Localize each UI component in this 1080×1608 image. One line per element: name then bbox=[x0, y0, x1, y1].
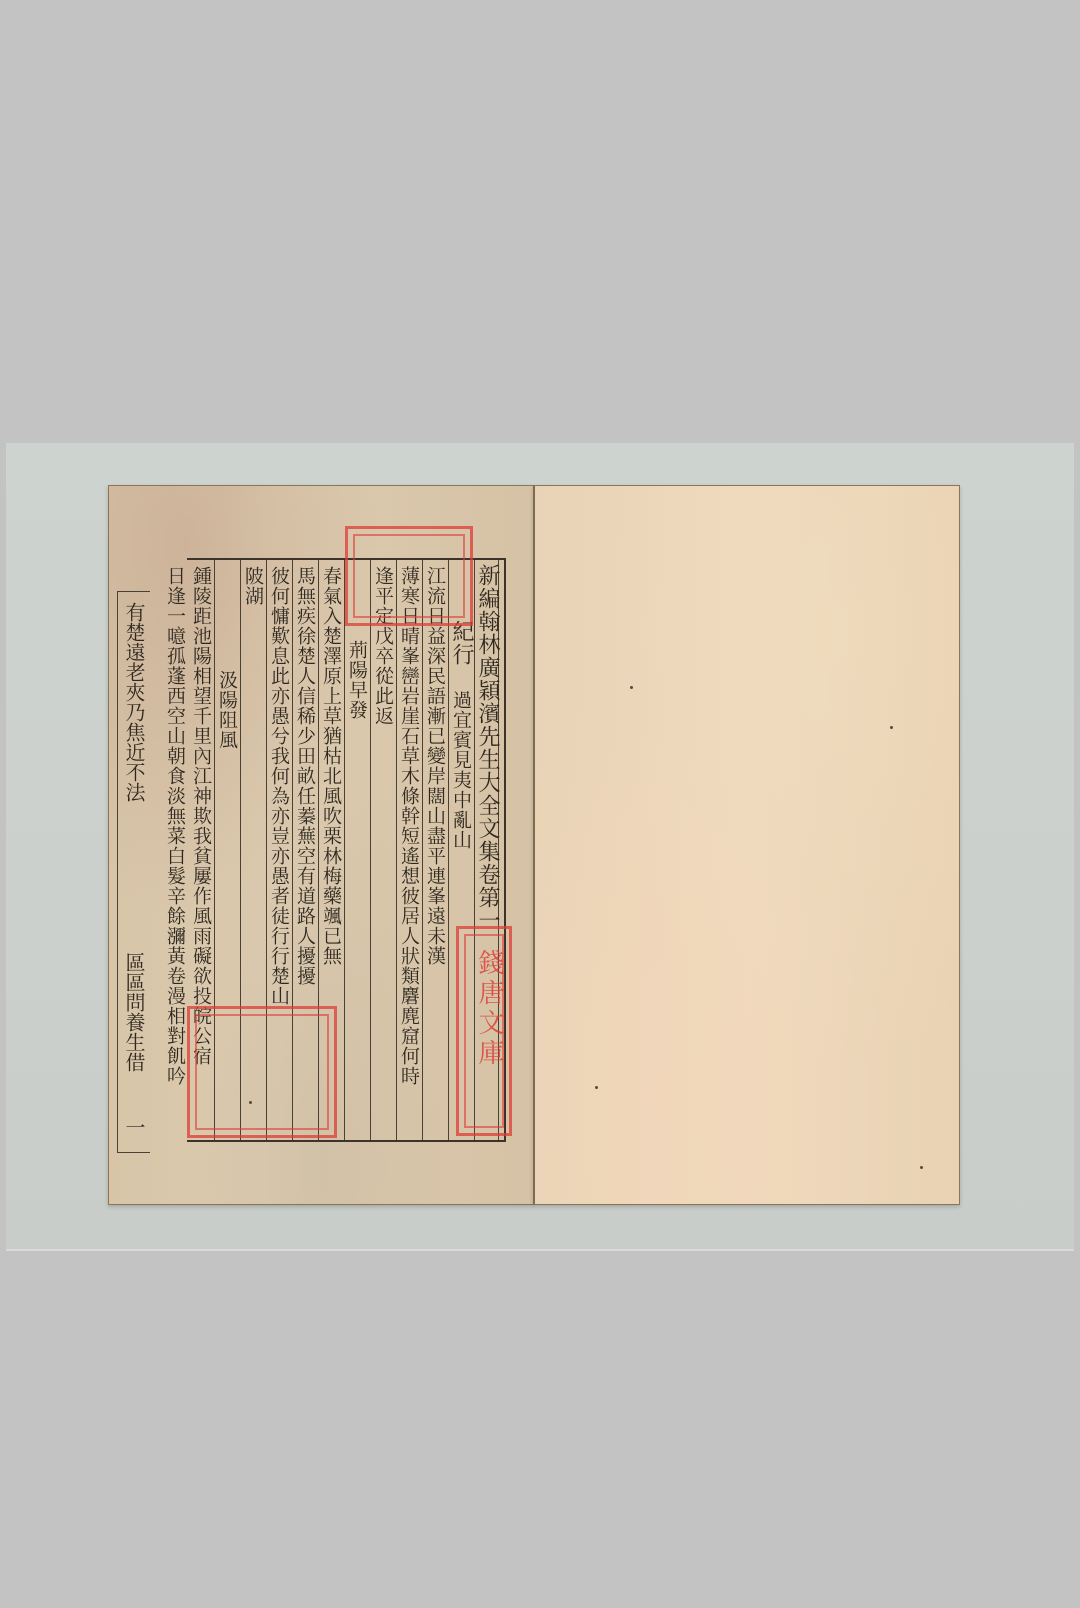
margin-note: 有楚遠老夾乃焦近不法 bbox=[123, 602, 145, 802]
right-page-blank bbox=[533, 485, 960, 1205]
text-column-7: 馬無疾徐楚人信稀少田畝任蓁蕪空有道路人擾擾 bbox=[293, 566, 317, 986]
image-viewer: 新編翰林廣穎濱先生大全文集卷第一 紀行 過宜賓見夷中亂山 江流日益深民語漸已變岸… bbox=[0, 0, 1080, 1608]
text-column-6: 春氣入楚澤原上草猶枯北風吹栗林梅藥颯已無 bbox=[319, 566, 343, 966]
text-column-12: 日逢一噫孤蓬西空山朝食淡無菜白髮辛餘瀰黃卷漫相對飢吟 bbox=[163, 566, 187, 1086]
margin-note-box: 有楚遠老夾乃焦近不法 區區問養生借 一 bbox=[117, 591, 150, 1153]
text-column-10: 汲陽阻風 bbox=[215, 670, 239, 750]
page-number: 一 bbox=[123, 1117, 145, 1137]
text-column-5: 荊陽早發 bbox=[345, 640, 369, 720]
text-column-1: 過宜賓見夷中亂山 bbox=[449, 690, 473, 850]
section-heading: 紀行 bbox=[449, 620, 473, 666]
volume-title: 新編翰林廣穎濱先生大全文集卷第一 bbox=[475, 564, 499, 932]
left-page: 新編翰林廣穎濱先生大全文集卷第一 紀行 過宜賓見夷中亂山 江流日益深民語漸已變岸… bbox=[108, 485, 534, 1205]
margin-note-bottom: 區區問養生借 bbox=[123, 952, 145, 1072]
text-column-2: 江流日益深民語漸已變岸闊山盡平連峯遠未漢 bbox=[423, 566, 447, 966]
text-column-11: 鍾陵距池陽相望千里內江神欺我貧屢作風雨礙欲投皖公宿 bbox=[189, 566, 213, 1066]
photo-edge bbox=[6, 1249, 1074, 1251]
seal-bottom bbox=[187, 1006, 337, 1138]
text-column-9: 陂湖 bbox=[241, 566, 265, 606]
seal-right: 錢唐文庫 bbox=[456, 926, 512, 1136]
seal-top bbox=[345, 526, 473, 626]
text-column-3: 薄寒日晴峯巒岩崖石草木條幹短遙想彼居人狀類麏麂窟何時 bbox=[397, 566, 421, 1086]
text-column-8: 彼何慵歎息此亦愚兮我何為亦豈亦愚者徒行行楚山 bbox=[267, 566, 291, 1006]
